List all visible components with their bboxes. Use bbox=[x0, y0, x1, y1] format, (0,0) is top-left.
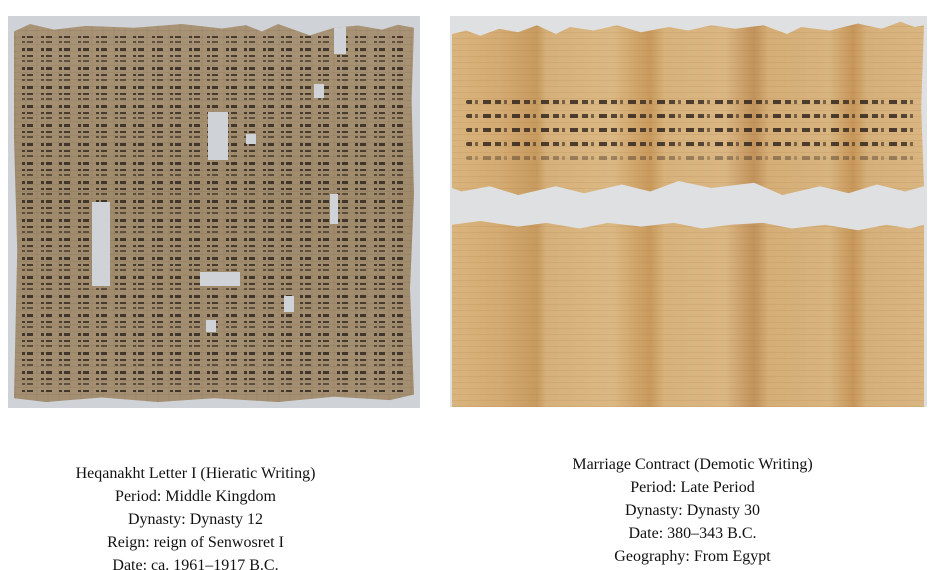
papyrus-fragment-upper bbox=[452, 20, 924, 195]
caption-dynasty: Dynasty: Dynasty 12 bbox=[8, 508, 383, 531]
papyrus-hole bbox=[330, 194, 338, 224]
papyrus-tear bbox=[334, 24, 346, 54]
caption-geography: Geography: From Egypt bbox=[505, 545, 880, 568]
papyrus-hole bbox=[206, 320, 216, 332]
caption-title: Heqanakht Letter I (Hieratic Writing) bbox=[8, 462, 383, 485]
heqanakht-letter-image bbox=[8, 16, 420, 408]
caption-date: Date: ca. 1961–1917 B.C. bbox=[8, 554, 383, 570]
hieratic-text-columns bbox=[22, 36, 406, 392]
papyrus-hole bbox=[314, 84, 324, 98]
papyrus-hole bbox=[246, 134, 256, 144]
caption-marriage-contract: Marriage Contract (Demotic Writing) Peri… bbox=[505, 453, 880, 568]
caption-period: Period: Middle Kingdom bbox=[8, 485, 383, 508]
caption-title: Marriage Contract (Demotic Writing) bbox=[505, 453, 880, 476]
papyrus-sheet bbox=[14, 24, 414, 402]
caption-period: Period: Late Period bbox=[505, 476, 880, 499]
page: Heqanakht Letter I (Hieratic Writing) Pe… bbox=[0, 0, 940, 570]
caption-dynasty: Dynasty: Dynasty 30 bbox=[505, 499, 880, 522]
papyrus-fragment-lower bbox=[452, 221, 924, 407]
papyrus-hole bbox=[92, 202, 110, 286]
caption-date: Date: 380–343 B.C. bbox=[505, 522, 880, 545]
papyrus-hole bbox=[200, 272, 240, 286]
caption-heqanakht-letter: Heqanakht Letter I (Hieratic Writing) Pe… bbox=[8, 462, 383, 570]
demotic-text-lines bbox=[466, 100, 916, 170]
papyrus-hole bbox=[208, 112, 228, 160]
caption-reign: Reign: reign of Senwosret I bbox=[8, 531, 383, 554]
marriage-contract-image bbox=[450, 16, 927, 407]
papyrus-hole bbox=[284, 296, 294, 312]
